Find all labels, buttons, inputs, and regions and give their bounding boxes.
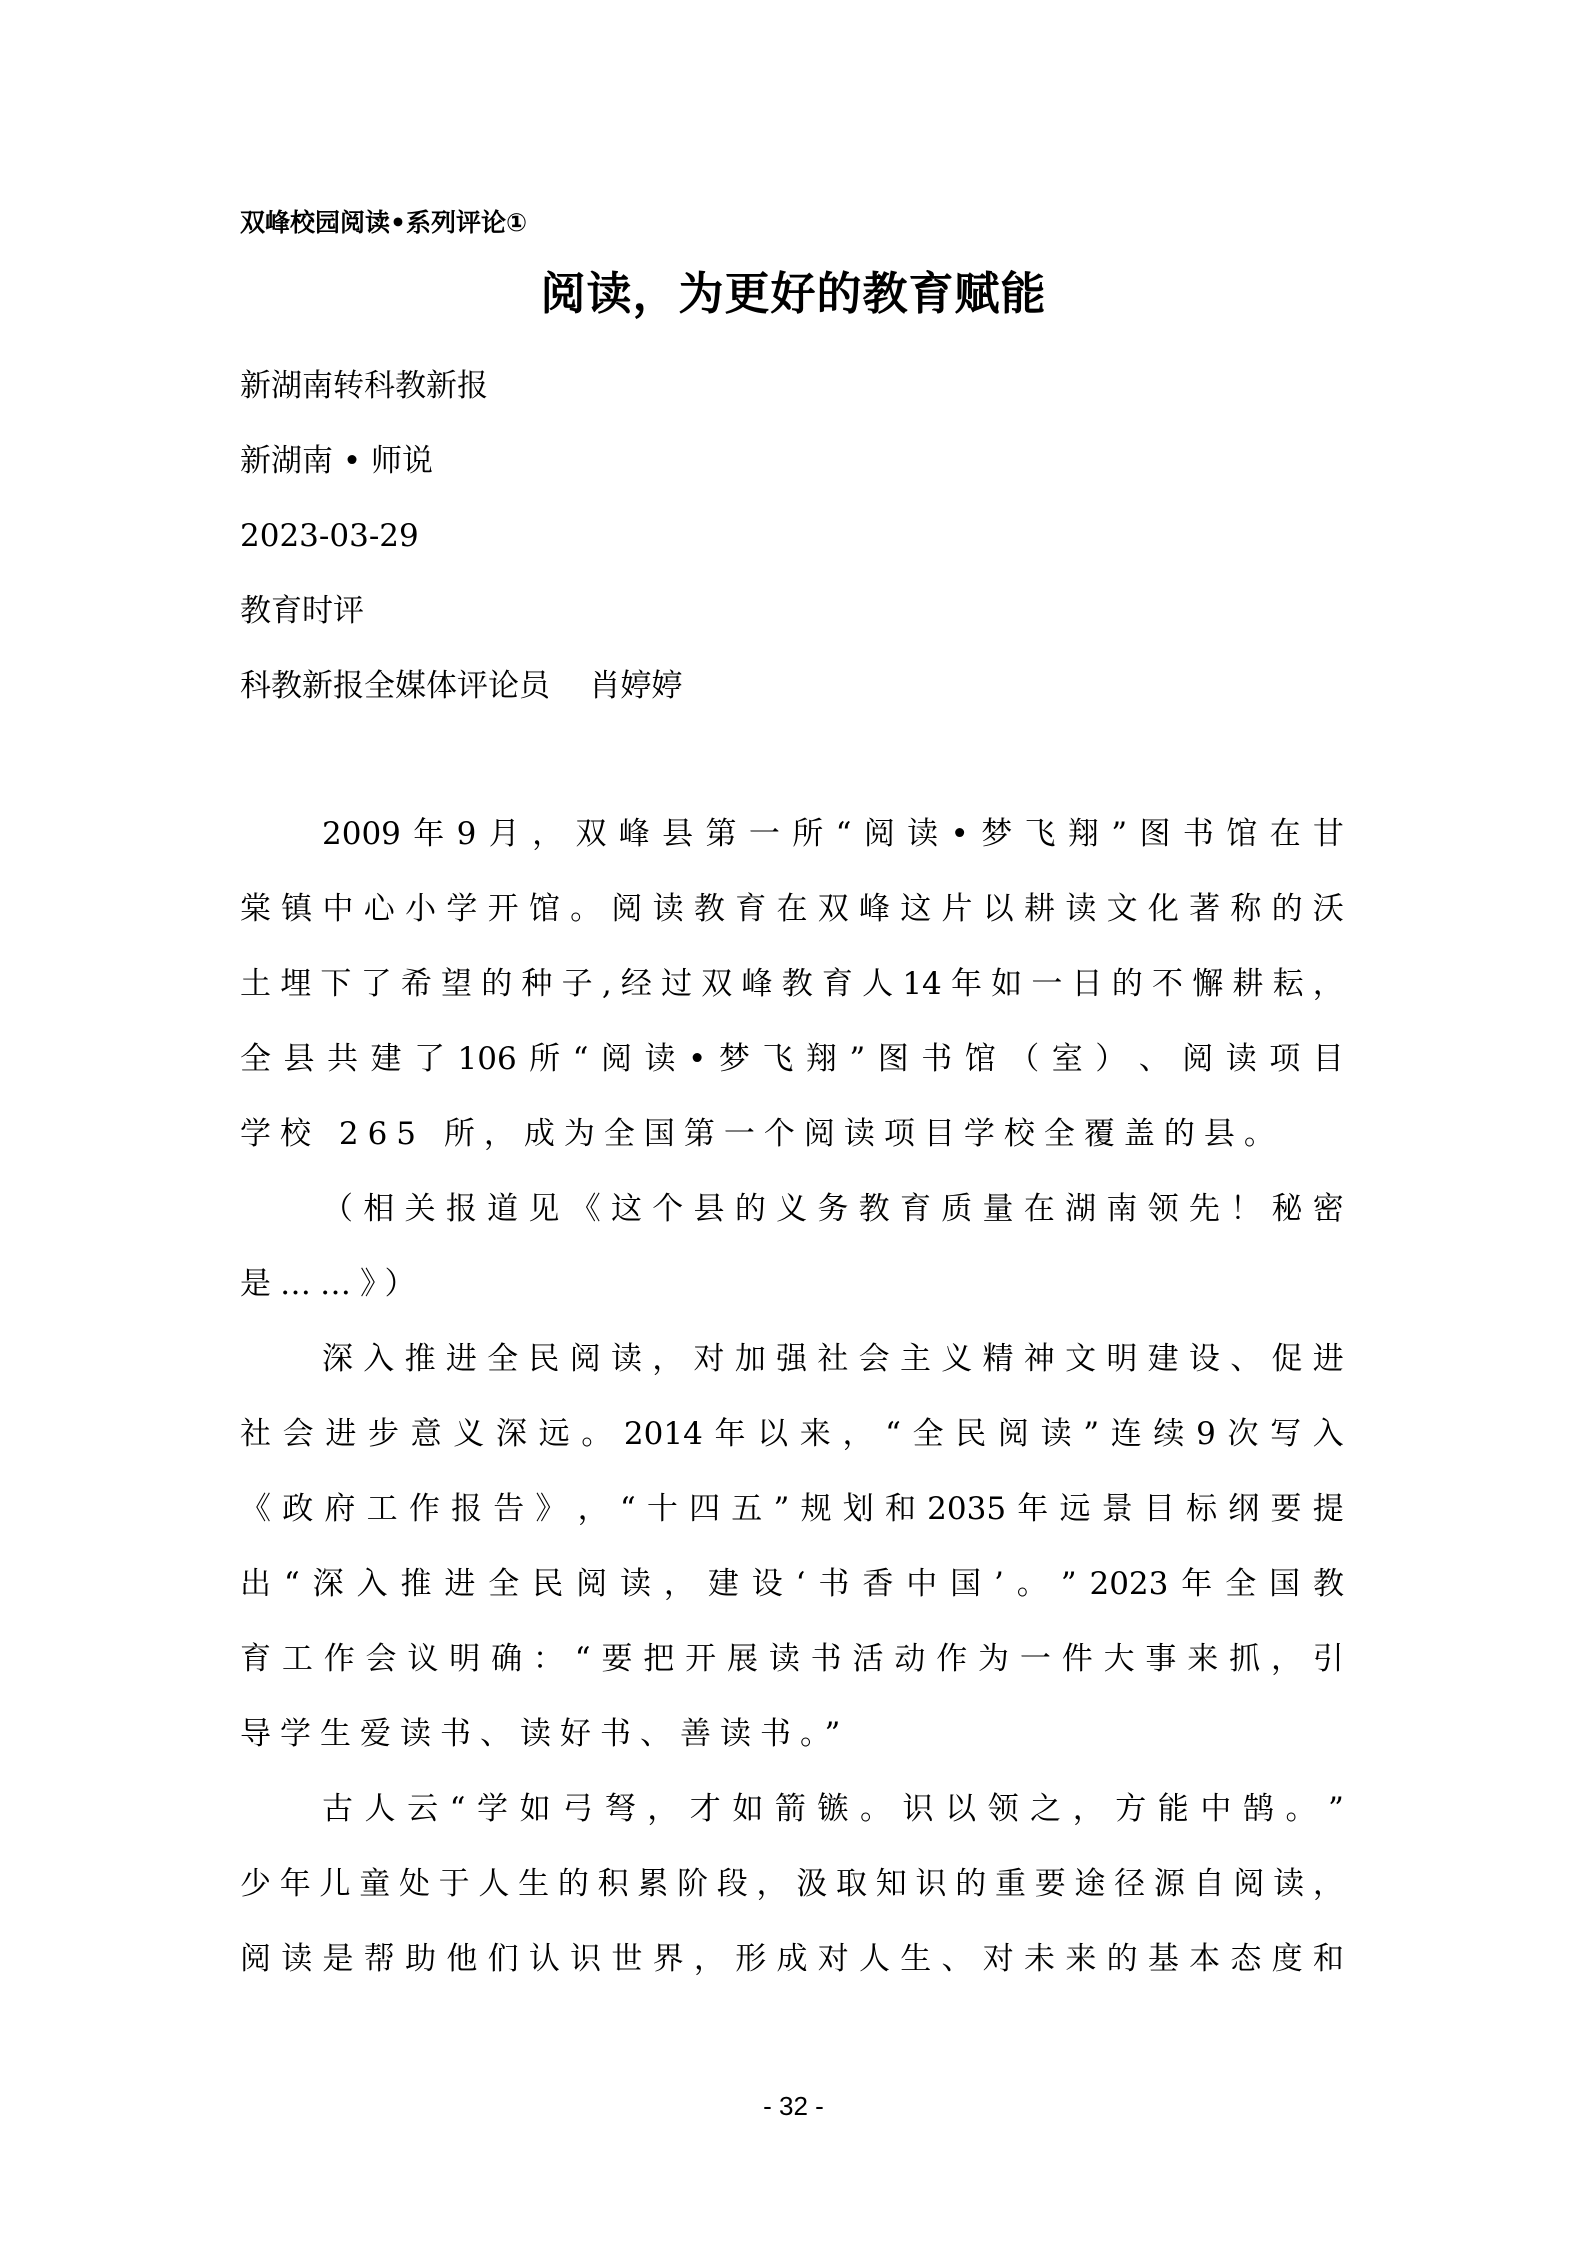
text-line: （相关报道见《这个县的义务教育质量在湖南领先！秘密 xyxy=(240,1185,1344,1260)
text-line: 阅读是帮助他们认识世界，形成对人生、对未来的基本态度和 xyxy=(240,1935,1344,2010)
meta-date: 2023-03-29 xyxy=(240,512,682,587)
meta-source: 新湖南转科教新报 xyxy=(240,362,682,437)
text-line: 土埋下了希望的种子,经过双峰教育人14年如一日的不懈耕耘， xyxy=(240,960,1344,1035)
text-line: 是……》） xyxy=(240,1260,1344,1335)
document-page: 双峰校园阅读•系列评论① 阅读，为更好的教育赋能 新湖南转科教新报 新湖南 • … xyxy=(0,0,1587,2245)
article-body: 2009年9月，双峰县第一所“阅读•梦飞翔”图书馆在甘棠镇中心小学开馆。阅读教育… xyxy=(240,810,1344,2010)
text-line: 深入推进全民阅读，对加强社会主义精神文明建设、促进 xyxy=(240,1335,1344,1410)
paragraph: 2009年9月，双峰县第一所“阅读•梦飞翔”图书馆在甘棠镇中心小学开馆。阅读教育… xyxy=(240,810,1344,1185)
article-meta: 新湖南转科教新报 新湖南 • 师说 2023-03-29 教育时评 科教新报全媒… xyxy=(240,362,682,737)
paragraph: （相关报道见《这个县的义务教育质量在湖南领先！秘密是……》） xyxy=(240,1185,1344,1335)
text-line: 古人云“学如弓弩，才如箭镞。识以领之，方能中鹄。” xyxy=(240,1785,1344,1860)
text-line: 《政府工作报告》，“十四五”规划和2035年远景目标纲要提 xyxy=(240,1485,1344,1560)
text-line: 全县共建了106所“阅读•梦飞翔”图书馆（室）、阅读项目 xyxy=(240,1035,1344,1110)
text-line: 社会进步意义深远。2014年以来，“全民阅读”连续9次写入 xyxy=(240,1410,1344,1485)
text-line: 学校 265 所，成为全国第一个阅读项目学校全覆盖的县。 xyxy=(240,1110,1344,1185)
text-line: 2009年9月，双峰县第一所“阅读•梦飞翔”图书馆在甘 xyxy=(240,810,1344,885)
text-line: 少年儿童处于人生的积累阶段，汲取知识的重要途径源自阅读， xyxy=(240,1860,1344,1935)
text-line: 棠镇中心小学开馆。阅读教育在双峰这片以耕读文化著称的沃 xyxy=(240,885,1344,960)
text-line: 导学生爱读书、读好书、善读书。” xyxy=(240,1710,1344,1785)
article-title: 阅读，为更好的教育赋能 xyxy=(0,262,1587,326)
meta-author: 科教新报全媒体评论员 肖婷婷 xyxy=(240,662,682,737)
text-line: 出“深入推进全民阅读，建设‘书香中国’。”2023年全国教 xyxy=(240,1560,1344,1635)
paragraph: 古人云“学如弓弩，才如箭镞。识以领之，方能中鹄。”少年儿童处于人生的积累阶段，汲… xyxy=(240,1785,1344,2010)
text-line: 育工作会议明确：“要把开展读书活动作为一件大事来抓，引 xyxy=(240,1635,1344,1710)
meta-column: 新湖南 • 师说 xyxy=(240,437,682,512)
meta-category: 教育时评 xyxy=(240,587,682,662)
page-number: - 32 - xyxy=(0,2088,1587,2124)
paragraph: 深入推进全民阅读，对加强社会主义精神文明建设、促进社会进步意义深远。2014年以… xyxy=(240,1335,1344,1785)
series-label: 双峰校园阅读•系列评论① xyxy=(240,206,527,240)
